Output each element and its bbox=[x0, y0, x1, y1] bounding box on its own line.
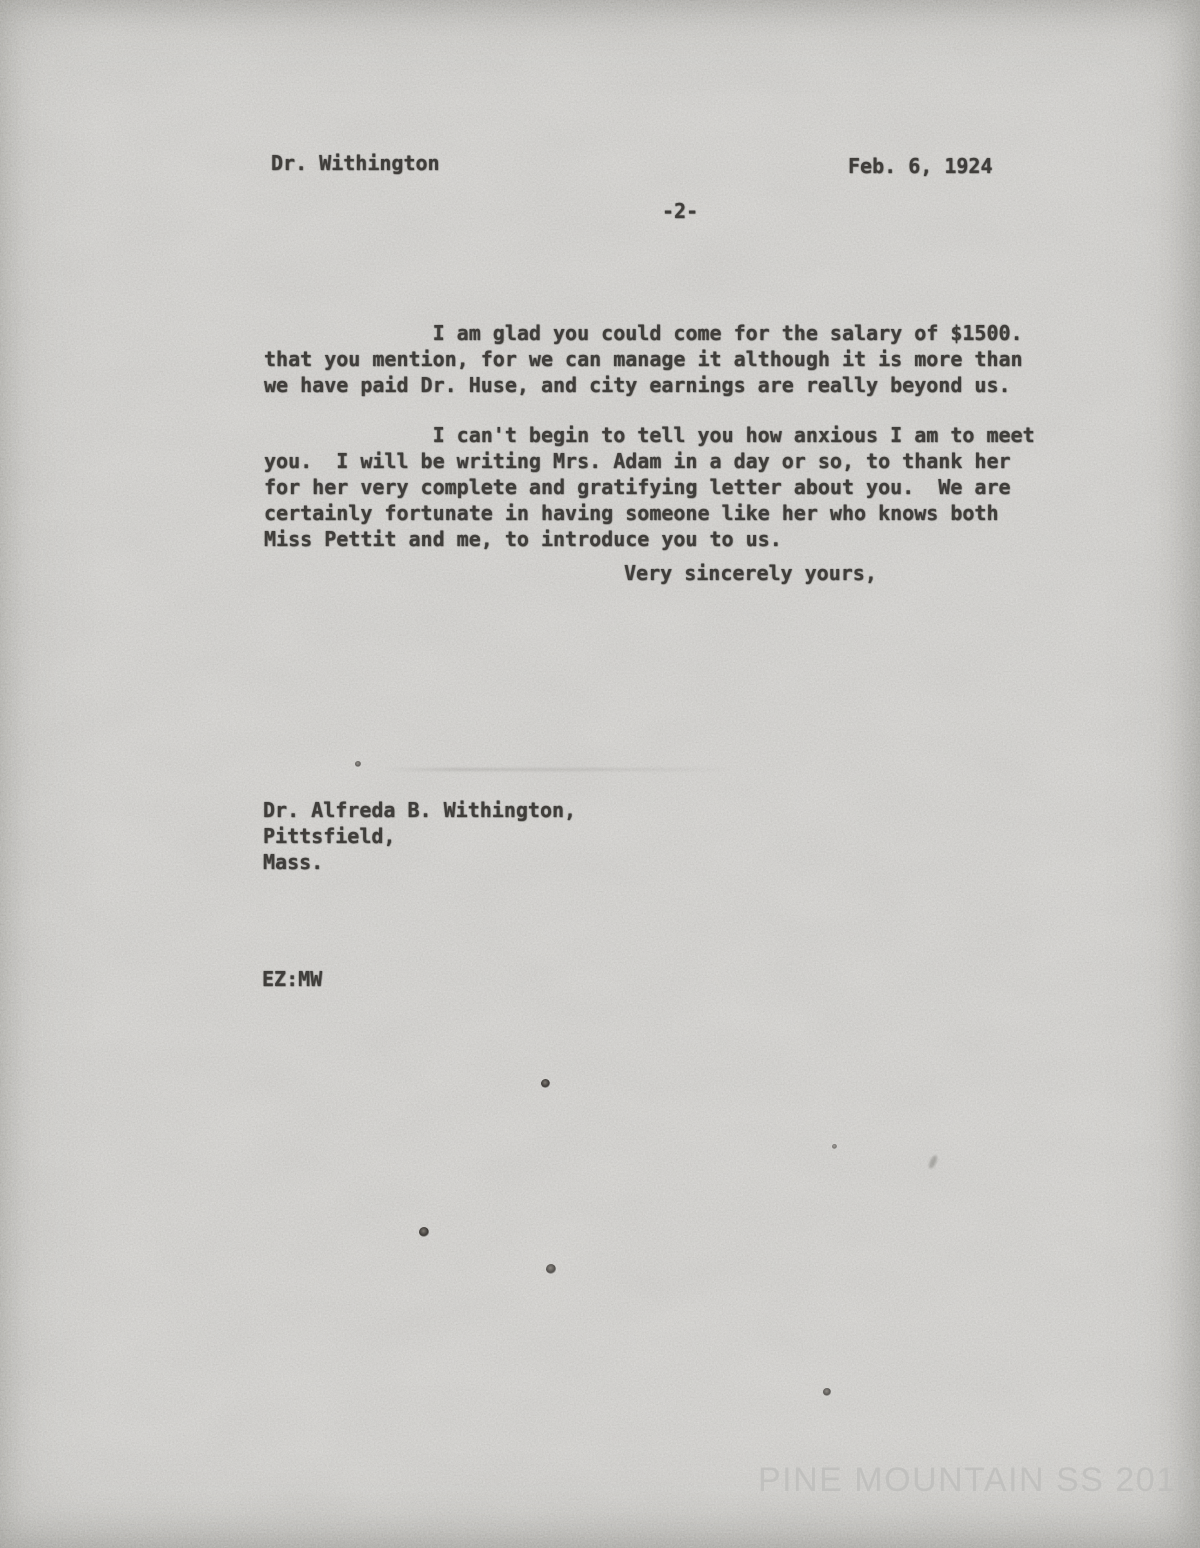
ink-speck bbox=[355, 761, 361, 767]
ink-speck bbox=[541, 1079, 550, 1088]
paper-texture bbox=[0, 0, 1200, 1548]
letter-date: Feb. 6, 1924 bbox=[848, 153, 993, 179]
paper-smudge bbox=[927, 1154, 938, 1169]
typist-initials: EZ:MW bbox=[262, 966, 322, 992]
ink-speck bbox=[546, 1264, 556, 1274]
ink-speck bbox=[419, 1227, 429, 1237]
body-paragraph-salary: I am glad you could come for the salary … bbox=[264, 320, 1064, 398]
ink-speck bbox=[832, 1144, 837, 1149]
closing-salutation: Very sincerely yours, bbox=[624, 560, 877, 586]
ink-speck bbox=[823, 1388, 831, 1396]
addressee-header: Dr. Withington bbox=[271, 150, 440, 176]
paper-crease bbox=[385, 768, 740, 771]
recipient-address-block: Dr. Alfreda B. Withington, Pittsfield, M… bbox=[263, 797, 576, 875]
body-paragraph-meeting: I can't begin to tell you how anxious I … bbox=[264, 422, 1064, 552]
letter-scan-page: Dr. Withington Feb. 6, 1924 -2- I am gla… bbox=[0, 0, 1200, 1548]
page-number: -2- bbox=[662, 198, 698, 224]
archive-watermark: PINE MOUNTAIN SS 2018 bbox=[758, 1461, 1197, 1500]
